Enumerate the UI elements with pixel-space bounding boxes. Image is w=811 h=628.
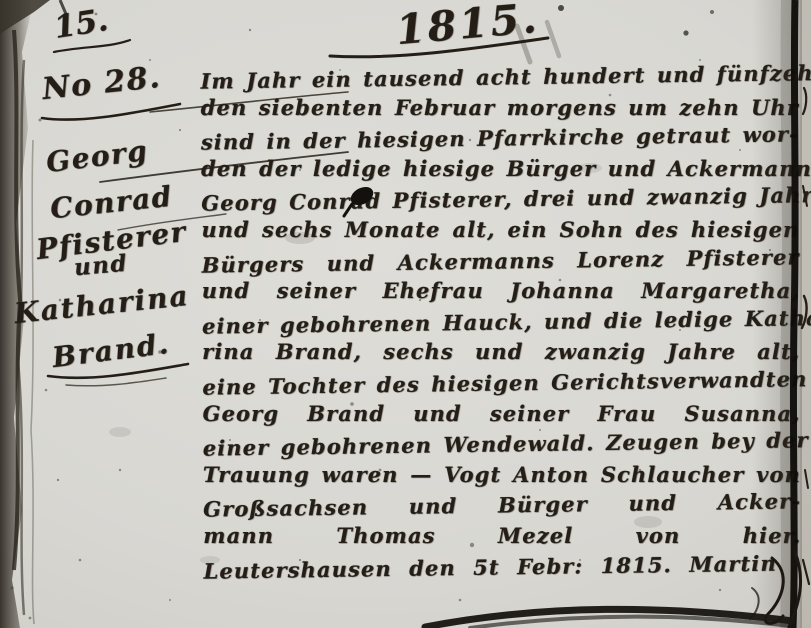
record-line: rina Brand, sechs und zwanzig Jahre alt, — [202, 337, 800, 368]
record-line: mann Thomas Mezel von hier. — [203, 521, 801, 552]
record-line: und seiner Ehefrau Johanna Margaretha, — [202, 276, 800, 307]
record-line: den der ledige hiesige Bürger und Ackerm… — [201, 154, 799, 185]
register-page-scan: 15. 1815. No 28. Georg Conrad Pfisterer … — [0, 0, 811, 628]
record-line: einer gebohrenen Wendewald. Zeugen bey d… — [203, 425, 801, 464]
bottom-arc-mark — [425, 609, 793, 628]
year-heading: 1815. — [394, 0, 541, 54]
record-line: sind in der hiesigen Pfarrkirche getraut… — [201, 120, 799, 159]
margin-column: No 28. Georg Conrad Pfisterer und Kathar… — [0, 0, 198, 628]
record-line: den siebenten Februar morgens um zehn Uh… — [201, 93, 799, 124]
groom-first-name: Georg — [44, 134, 149, 179]
record-line: Leutershausen den 5t Febr: 1815. Martin — [203, 548, 801, 587]
record-line: Trauung waren — Vogt Anton Schlaucher vo… — [203, 460, 801, 491]
record-line: und sechs Monate alt, ein Sohn des hiesi… — [201, 215, 799, 246]
record-line: eine Tochter des hiesigen Gerichtsverwan… — [202, 364, 800, 403]
margin-conjunction: und — [73, 250, 129, 282]
record-line: Georg Brand und seiner Frau Susanna, — [203, 399, 801, 430]
entry-number: No 28. — [40, 60, 162, 107]
record-body-text: Im Jahr ein tausend acht hundert und fün… — [200, 60, 801, 584]
record-line: Großsachsen und Bürger und Acker- — [203, 487, 801, 526]
record-line: Georg Conrad Pfisterer, drei und zwanzig… — [201, 181, 799, 220]
record-line: Bürgers und Ackermanns Lorenz Pfisterer — [201, 242, 799, 281]
bride-surname: Brand. — [50, 327, 171, 374]
bride-first-name: Katharina — [13, 279, 191, 330]
record-line: Im Jahr ein tausend acht hundert und fün… — [200, 58, 798, 97]
